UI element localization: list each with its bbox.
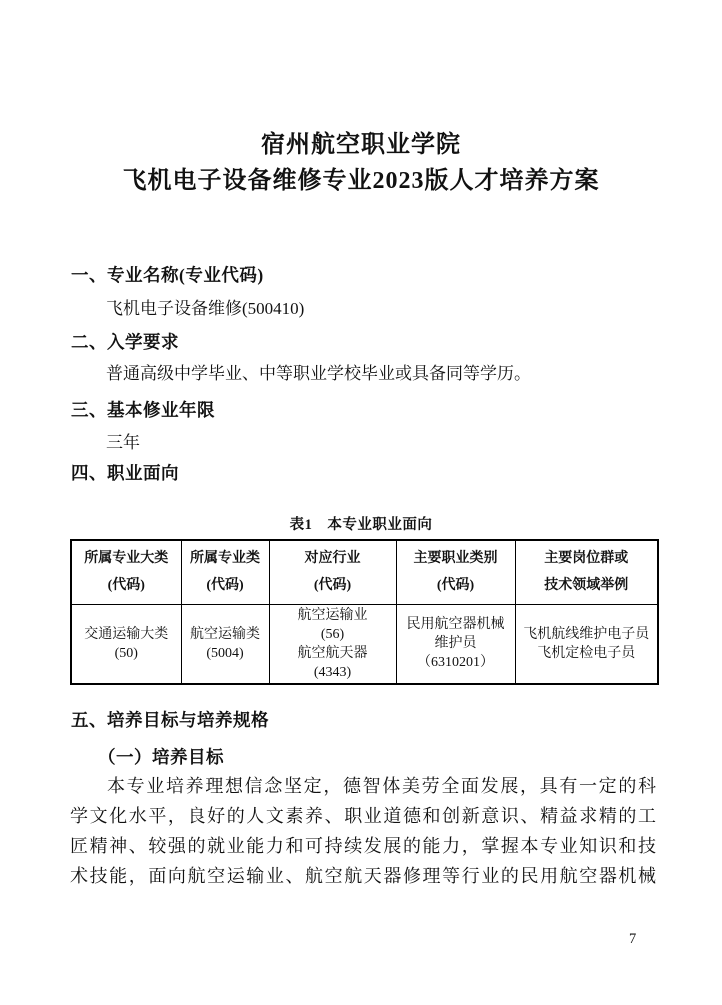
cell-line: (4343) <box>272 663 394 682</box>
cell-line: 维护员 <box>399 634 513 653</box>
cell-line: （6310201） <box>399 653 513 672</box>
paragraph-line: 匠精神、较强的就业能力和可持续发展的能力，掌握本专业知识和技 <box>70 836 656 858</box>
header-line: 所属专业大类 <box>74 545 179 572</box>
cell-line: 民用航空器机械 <box>399 615 513 634</box>
doc-title-line2: 飞机电子设备维修专业2023版人才培养方案 <box>0 168 722 194</box>
section-3-heading: 三、基本修业年限 <box>71 401 215 420</box>
cell-line: (5004) <box>184 644 267 663</box>
section-5-subheading: （一）培养目标 <box>98 744 224 769</box>
table-caption: 表1 本专业职业面向 <box>0 513 722 534</box>
section-1-heading: 一、专业名称(专业代码) <box>71 266 264 285</box>
header-line: 所属专业类 <box>184 545 267 572</box>
cell-line: 航空运输业 <box>272 606 394 625</box>
section-3-body: 三年 <box>106 433 140 453</box>
header-line: (代码) <box>399 572 513 599</box>
paragraph-line: 术技能，面向航空运输业、航空航天器修理等行业的民用航空器机械 <box>70 866 656 888</box>
header-line: (代码) <box>272 572 394 599</box>
section-4-heading: 四、职业面向 <box>71 464 179 483</box>
col-header-major-category: 所属专业大类 (代码) <box>71 540 181 604</box>
section-2-body: 普通高级中学毕业、中等职业学校毕业或具备同等学历。 <box>106 364 531 384</box>
cell-industry: 航空运输业 (56) 航空航天器 (4343) <box>269 604 396 684</box>
cell-major-category: 交通运输大类 (50) <box>71 604 181 684</box>
cell-post-group: 飞机航线维护电子员 飞机定检电子员 <box>515 604 658 684</box>
col-header-industry: 对应行业 (代码) <box>269 540 396 604</box>
header-line: (代码) <box>184 572 267 599</box>
document-page: 宿州航空职业学院 飞机电子设备维修专业2023版人才培养方案 一、专业名称(专业… <box>0 0 722 1005</box>
table-row: 交通运输大类 (50) 航空运输类 (5004) 航空运输业 (56) 航空航天… <box>71 604 658 684</box>
header-line: 对应行业 <box>272 545 394 572</box>
header-line: (代码) <box>74 572 179 599</box>
cell-line: 航空航天器 <box>272 644 394 663</box>
paragraph-line: 学文化水平，良好的人文素养、职业道德和创新意识、精益求精的工 <box>70 806 656 828</box>
doc-title-line1: 宿州航空职业学院 <box>0 132 722 158</box>
cell-line: (56) <box>272 625 394 644</box>
page-number: 7 <box>629 931 636 948</box>
cell-line: 飞机航线维护电子员 <box>518 625 656 644</box>
cell-line: 航空运输类 <box>184 625 267 644</box>
section-5-heading: 五、培养目标与培养规格 <box>71 711 269 730</box>
paragraph-line: 本专业培养理想信念坚定，德智体美劳全面发展，具有一定的科 <box>70 776 656 798</box>
header-line: 主要职业类别 <box>399 545 513 572</box>
header-line: 主要岗位群或 <box>518 545 656 572</box>
cell-line: 飞机定检电子员 <box>518 644 656 663</box>
career-orientation-table: 所属专业大类 (代码) 所属专业类 (代码) 对应行业 (代码) 主要职业类别 … <box>70 539 659 685</box>
table-header-row: 所属专业大类 (代码) 所属专业类 (代码) 对应行业 (代码) 主要职业类别 … <box>71 540 658 604</box>
col-header-occupation-category: 主要职业类别 (代码) <box>396 540 515 604</box>
cell-line: (50) <box>74 644 179 663</box>
section-1-body: 飞机电子设备维修(500410) <box>106 299 304 319</box>
section-2-heading: 二、入学要求 <box>71 333 179 352</box>
cell-line: 交通运输大类 <box>74 625 179 644</box>
cell-major-class: 航空运输类 (5004) <box>181 604 269 684</box>
header-line: 技术领域举例 <box>518 572 656 599</box>
cell-occupation-category: 民用航空器机械 维护员 （6310201） <box>396 604 515 684</box>
col-header-major-class: 所属专业类 (代码) <box>181 540 269 604</box>
col-header-post-group: 主要岗位群或 技术领域举例 <box>515 540 658 604</box>
